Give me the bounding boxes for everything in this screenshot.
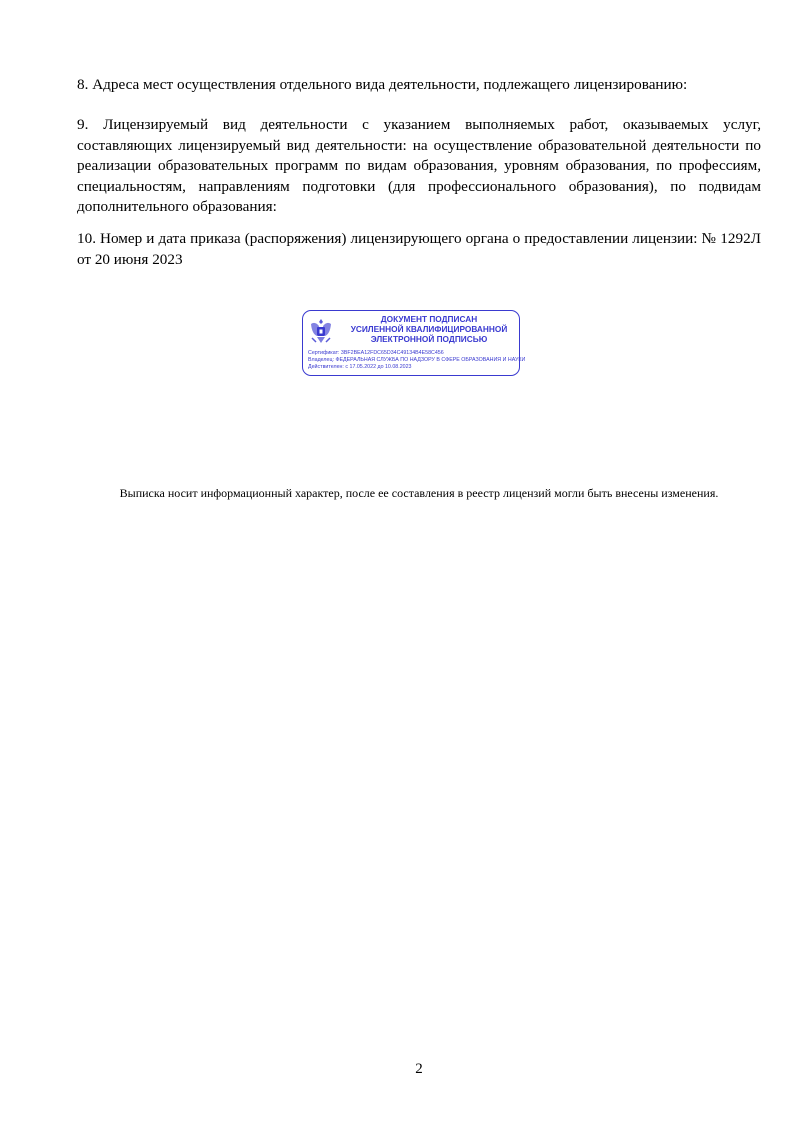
stamp-title-line-3: ЭЛЕКТРОННОЙ ПОДПИСЬЮ [343,334,515,344]
stamp-certificate: Сертификат: 3BF2BEA12FDC65D34C49134B4E58… [308,350,517,357]
page-number: 2 [0,1061,800,1078]
stamp-details: Сертификат: 3BF2BEA12FDC65D34C49134B4E58… [308,350,517,371]
section-10-order-number: 10. Номер и дата приказа (распоряжения) … [77,229,761,270]
stamp-title: ДОКУМЕНТ ПОДПИСАН УСИЛЕННОЙ КВАЛИФИЦИРОВ… [343,314,515,344]
stamp-title-line-2: УСИЛЕННОЙ КВАЛИФИЦИРОВАННОЙ [343,324,515,334]
footnote-disclaimer: Выписка носит информационный характер, п… [0,486,800,500]
stamp-title-line-1: ДОКУМЕНТ ПОДПИСАН [343,314,515,324]
coat-of-arms-icon [308,316,334,346]
stamp-validity: Действителен: с 17.05.2022 до 10.08.2023 [308,364,517,371]
section-9-licensed-activity: 9. Лицензируемый вид деятельности с указ… [77,115,761,218]
stamp-owner: Владелец: ФЕДЕРАЛЬНАЯ СЛУЖБА ПО НАДЗОРУ … [308,357,517,364]
section-8-addresses: 8. Адреса мест осуществления отдельного … [77,75,761,96]
electronic-signature-stamp: ДОКУМЕНТ ПОДПИСАН УСИЛЕННОЙ КВАЛИФИЦИРОВ… [302,310,520,376]
